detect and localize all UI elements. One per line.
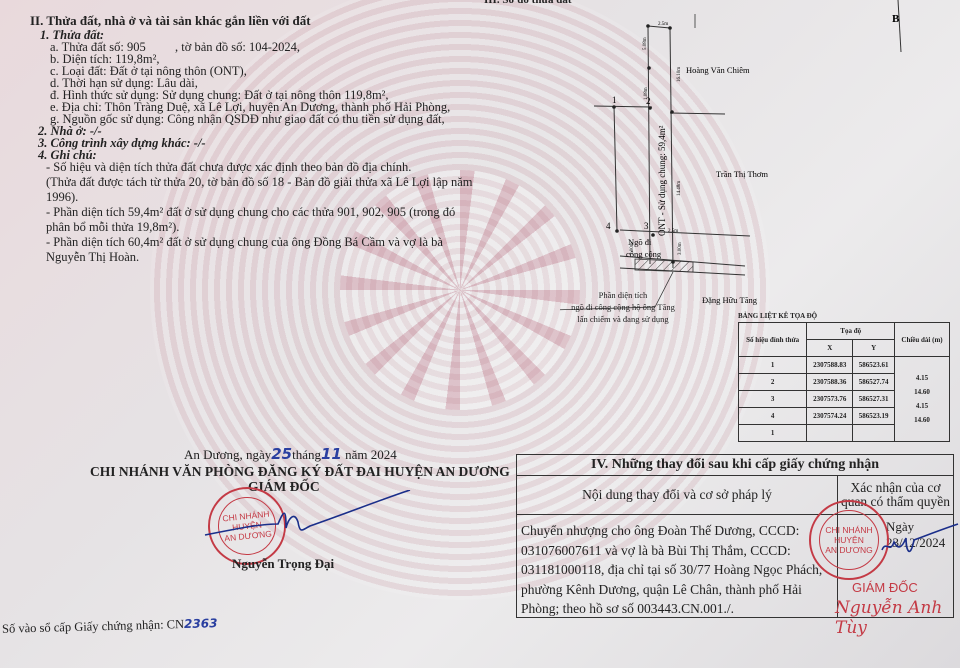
dim-left-upper: 5.08m [643, 37, 648, 50]
callout-line-1: Phần diện tích [553, 289, 693, 301]
year-label: năm 2024 [345, 447, 397, 462]
seal-line: CHI NHÁNH [825, 525, 872, 535]
note-item: - Phần diện tích 59,4m² đất ở sử dụng ch… [46, 205, 476, 235]
map-sheet-number: , tờ bản đồ số: 104-2024, [175, 41, 300, 54]
header-length: Chiều dài (m) [895, 323, 950, 357]
vertex-1: 1 [612, 95, 617, 105]
section-iv-title: IV. Những thay đổi sau khi cấp giấy chứn… [517, 455, 953, 476]
dim-right-lower: 14.48m [677, 181, 682, 196]
origin: g. Nguồn gốc sử dụng: Công nhận QSDĐ như… [50, 113, 445, 126]
seal-line: AN DƯƠNG [825, 545, 873, 555]
coord-table: Số hiệu đỉnh thửa Tọa độ Chiều dài (m) X… [738, 322, 950, 442]
dim-lane-left: 3.00m [630, 242, 635, 255]
header-x: X [807, 340, 853, 357]
certificate-number-value: 2363 [184, 616, 218, 631]
callout-line-2: ngõ đi công cộng hộ ông Tăng [553, 301, 693, 313]
seal-line: HUYỆN [834, 535, 864, 545]
issue-month: 11 [321, 445, 342, 463]
coord-row: 12307588.83586523.614.1514.604.1514.60 [739, 357, 950, 374]
section-ii-title: II. Thửa đất, nhà ở và tài sản khác gắn … [30, 14, 311, 27]
length-column: 4.1514.604.1514.60 [895, 357, 950, 442]
month-label: tháng [292, 447, 321, 462]
section-iii-title: III. Sơ đồ thửa đất [484, 0, 572, 7]
note-item: - Phần diện tích 60,4m² đất ở sử dụng ch… [46, 235, 476, 265]
coord-table-title: BẢNG LIỆT KÊ TỌA ĐỘ [738, 312, 817, 320]
dim-bottom: 2.5m [668, 229, 678, 234]
parcel-diagram: B 1 2 3 4 902 (Đồng Bá Cầm) 904 (Đồng Bá… [560, 0, 960, 320]
change-content: Chuyển nhượng cho ông Đoàn Thế Dương, CC… [517, 515, 838, 618]
header-y: Y [853, 340, 895, 357]
label-tran-thi-thom: Trần Thị Thơm [716, 169, 768, 179]
label-shared-strip: ONT - Sử dụng chung: 59,4m² [657, 125, 667, 236]
dim-top: 2.5m [658, 22, 668, 27]
header-point: Số hiệu đỉnh thửa [739, 323, 807, 357]
signer-name-2: Nguyễn Anh Tùy [835, 598, 960, 638]
notes-list: - Số hiệu và diện tích thửa đất chưa đượ… [46, 160, 476, 265]
certificate-number-label: Số vào sổ cấp Giấy chứng nhận: CN [2, 617, 184, 636]
certificate-number: Số vào sổ cấp Giấy chứng nhận: CN2363 [2, 617, 218, 636]
callout-line-3: lấn chiếm và đang sử dụng [553, 313, 693, 325]
official-seal-2: CHI NHÁNH HUYỆN AN DƯƠNG [809, 500, 889, 580]
note-item: - Số hiệu và diện tích thửa đất chưa đượ… [46, 160, 476, 175]
dim-right-upper: 16.10m [677, 67, 682, 82]
signer-name: Nguyễn Trọng Đại [232, 557, 334, 570]
issue-date: An Dương, ngày25tháng11 năm 2024 [184, 448, 397, 461]
issuing-office: CHI NHÁNH VĂN PHÒNG ĐĂNG KÝ ĐẤT ĐAI HUYỆ… [90, 465, 510, 478]
encroachment-callout: Phần diện tích ngõ đi công cộng hộ ông T… [553, 289, 693, 325]
vertex-3: 3 [644, 221, 649, 231]
signature-2 [880, 520, 960, 560]
director-title-2: GIÁM ĐỐC [852, 580, 918, 595]
label-hoang-van-chiem: Hoàng Văn Chiêm [686, 65, 750, 75]
issue-day: 25 [271, 445, 292, 463]
dim-lane-right: 3.00m [678, 242, 683, 255]
date-prefix: An Dương, ngày [184, 447, 271, 462]
col-content-header: Nội dung thay đổi và cơ sở pháp lý [517, 476, 838, 514]
header-coord: Tọa độ [807, 323, 895, 340]
dim-left-mid: 1.08m [644, 87, 649, 100]
north-label: B [892, 13, 900, 25]
vertex-4: 4 [606, 221, 611, 231]
label-dang-huu-tang: Đặng Hữu Tăng [702, 295, 758, 305]
signature-1 [200, 490, 420, 560]
note-item: (Thửa đất được tách từ thửa 20, tờ bản đ… [46, 175, 476, 205]
